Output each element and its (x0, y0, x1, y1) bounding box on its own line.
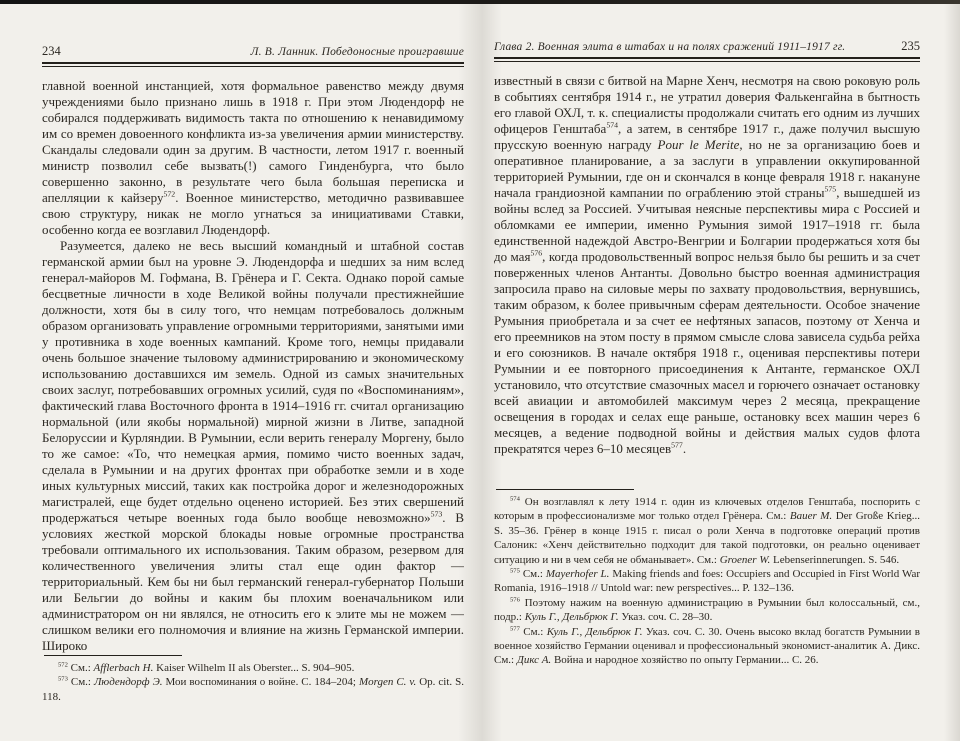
page-right: Глава 2. Военная элита в штабах и на пол… (494, 0, 920, 493)
running-head-right: Глава 2. Военная элита в штабах и на пол… (494, 39, 920, 54)
page-number-left: 234 (42, 44, 61, 59)
footnote: 577 См.: Куль Г., Дельбрюк Г. Указ. соч.… (494, 625, 920, 668)
body-paragraph: известный в связи с битвой на Марне Хенч… (494, 73, 920, 457)
running-head-rule-right (494, 57, 920, 62)
body-paragraph: главной военной инстанцией, хотя формаль… (42, 78, 464, 238)
footnote: 574 Он возглавлял к лету 1914 г. один из… (494, 495, 920, 567)
footnote: 576 Поэтому нажим на военную администрац… (494, 596, 920, 625)
footnotes-right: 574 Он возглавлял к лету 1914 г. один из… (494, 489, 920, 668)
body-paragraph: Разумеется, далеко не весь высший команд… (42, 238, 464, 654)
page-left: 234 Л. В. Ланник. Победоносные проигравш… (42, 0, 464, 664)
running-title-right: Глава 2. Военная элита в штабах и на пол… (494, 41, 845, 53)
footnote: 572 См.: Afflerbach H. Kaiser Wilhelm II… (42, 661, 464, 675)
footnote: 575 См.: Mayerhofer L. Making friends an… (494, 567, 920, 596)
running-head-rule-left (42, 62, 464, 67)
page-number-right: 235 (901, 39, 920, 54)
body-text-left: главной военной инстанцией, хотя формаль… (42, 78, 464, 664)
footnote: 573 См.: Людендорф Э. Мои воспоминания о… (42, 675, 464, 704)
scan-right-edge-shade (944, 4, 960, 741)
footnote-separator-right (496, 489, 634, 490)
book-spread-scan: 234 Л. В. Ланник. Победоносные проигравш… (0, 0, 960, 741)
body-text-right: известный в связи с битвой на Марне Хенч… (494, 73, 920, 493)
running-title-left: Л. В. Ланник. Победоносные проигравшие (251, 46, 464, 58)
footnotes-left: 572 См.: Afflerbach H. Kaiser Wilhelm II… (42, 655, 464, 704)
footnote-separator-left (44, 655, 182, 656)
running-head-left: 234 Л. В. Ланник. Победоносные проигравш… (42, 44, 464, 59)
